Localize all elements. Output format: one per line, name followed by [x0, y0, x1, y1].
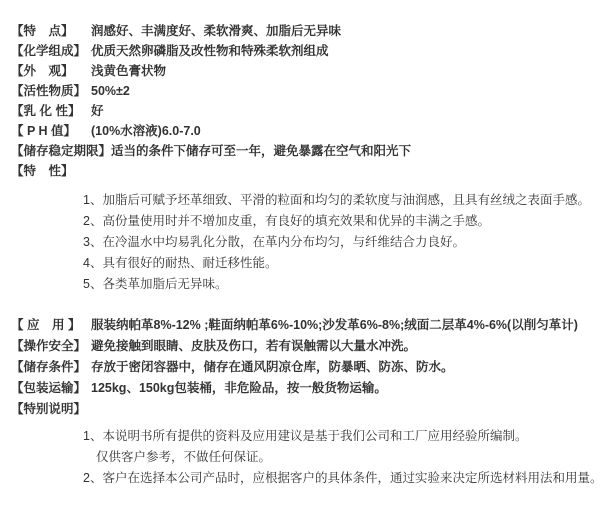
spec-value: 浅黄色膏状物: [91, 61, 166, 81]
spec-row-application: 【 应 用 】 服装纳帕革8%-12% ;鞋面纳帕革6%-10%;沙发革6%-8…: [11, 315, 603, 336]
spec-label: 【特 点】: [11, 21, 91, 41]
basic-properties-section: 【特 点】 润感好、丰满度好、柔软滑爽、加脂后无异味 【化学组成】 优质天然卵磷…: [11, 21, 603, 181]
spec-label: 【 应 用 】: [11, 315, 91, 336]
spec-row-safety: 【操作安全】 避免接触到眼睛、皮肤及伤口，若有误触需以大量水冲洗。: [11, 336, 603, 357]
spec-value: 适当的条件下储存可至一年，避免暴露在空气和阳光下: [111, 141, 411, 161]
product-spec-document: 【特 点】 润感好、丰满度好、柔软滑爽、加脂后无异味 【化学组成】 优质天然卵磷…: [0, 0, 611, 508]
spec-row-ph-value: 【 P H 值】 (10%水溶液)6.0-7.0: [11, 121, 603, 141]
spec-label: 【 P H 值】: [11, 121, 91, 141]
special-note-1: 1、本说明书所有提供的资料及应用建议是基于我们公司和工厂应用经验所编制。: [83, 426, 603, 447]
spec-row-active-matter: 【活性物质】 50%±2: [11, 81, 603, 101]
characteristic-item-1: 1、加脂后可赋予坯革细致、平滑的粒面和均匀的柔软度与油润感，且具有丝绒之表面手感…: [83, 190, 603, 211]
usage-section: 【 应 用 】 服装纳帕革8%-12% ;鞋面纳帕革6%-10%;沙发革6%-8…: [11, 315, 603, 420]
spec-label: 【特 性】: [11, 161, 91, 181]
spec-row-storage-stability: 【储存稳定期限】 适当的条件下储存可至一年，避免暴露在空气和阳光下: [11, 141, 603, 161]
spec-label: 【特别说明】: [11, 399, 91, 420]
characteristic-item-4: 4、具有很好的耐热、耐迁移性能。: [83, 253, 603, 274]
spec-value: 好: [91, 101, 104, 121]
spec-label: 【活性物质】: [11, 81, 91, 101]
spec-value: 润感好、丰满度好、柔软滑爽、加脂后无异味: [91, 21, 341, 41]
spec-row-features: 【特 点】 润感好、丰满度好、柔软滑爽、加脂后无异味: [11, 21, 603, 41]
spec-row-appearance: 【外 观】 浅黄色膏状物: [11, 61, 603, 81]
spec-row-storage-conditions: 【储存条件】 存放于密闭容器中，储存在通风阴凉仓库，防暴晒、防冻、防水。: [11, 357, 603, 378]
spec-value: 避免接触到眼睛、皮肤及伤口，若有误触需以大量水冲洗。: [91, 336, 416, 357]
characteristic-item-3: 3、在冷温水中均易乳化分散，在革内分布均匀，与纤维结合力良好。: [83, 232, 603, 253]
spec-label: 【储存条件】: [11, 357, 91, 378]
spec-row-packaging-transport: 【包装运输】 125kg、150kg包装桶，非危险品，按一般货物运输。: [11, 378, 603, 399]
spec-row-chemical-composition: 【化学组成】 优质天然卵磷脂及改性物和特殊柔软剂组成: [11, 41, 603, 61]
spec-row-characteristics: 【特 性】: [11, 161, 603, 181]
special-note-1-continued: 仅供客户参考，不做任何保证。: [83, 447, 603, 468]
characteristic-item-5: 5、各类革加脂后无异味。: [83, 274, 603, 295]
spec-value: 125kg、150kg包装桶，非危险品，按一般货物运输。: [91, 378, 387, 399]
special-notes-list: 1、本说明书所有提供的资料及应用建议是基于我们公司和工厂应用经验所编制。 仅供客…: [83, 426, 603, 489]
spec-label: 【储存稳定期限】: [11, 141, 111, 161]
spec-row-special-notes: 【特别说明】: [11, 399, 603, 420]
spec-value: 50%±2: [91, 81, 130, 101]
characteristics-list: 1、加脂后可赋予坯革细致、平滑的粒面和均匀的柔软度与油润感，且具有丝绒之表面手感…: [83, 190, 603, 295]
spec-label: 【乳 化 性】: [11, 101, 91, 121]
characteristic-item-2: 2、高份量使用时并不增加皮重，有良好的填充效果和优异的丰满之手感。: [83, 211, 603, 232]
spec-value: 优质天然卵磷脂及改性物和特殊柔软剂组成: [91, 41, 329, 61]
spec-label: 【操作安全】: [11, 336, 91, 357]
spec-value: 服装纳帕革8%-12% ;鞋面纳帕革6%-10%;沙发革6%-8%;绒面二层革4…: [91, 315, 578, 336]
spec-row-emulsifiability: 【乳 化 性】 好: [11, 101, 603, 121]
spec-label: 【包装运输】: [11, 378, 91, 399]
spec-label: 【化学组成】: [11, 41, 91, 61]
spec-value: (10%水溶液)6.0-7.0: [91, 121, 201, 141]
spec-label: 【外 观】: [11, 61, 91, 81]
special-note-2: 2、客户在选择本公司产品时，应根据客户的具体条件，通过实验来决定所选材料用法和用…: [83, 468, 603, 489]
spec-value: 存放于密闭容器中，储存在通风阴凉仓库，防暴晒、防冻、防水。: [91, 357, 454, 378]
